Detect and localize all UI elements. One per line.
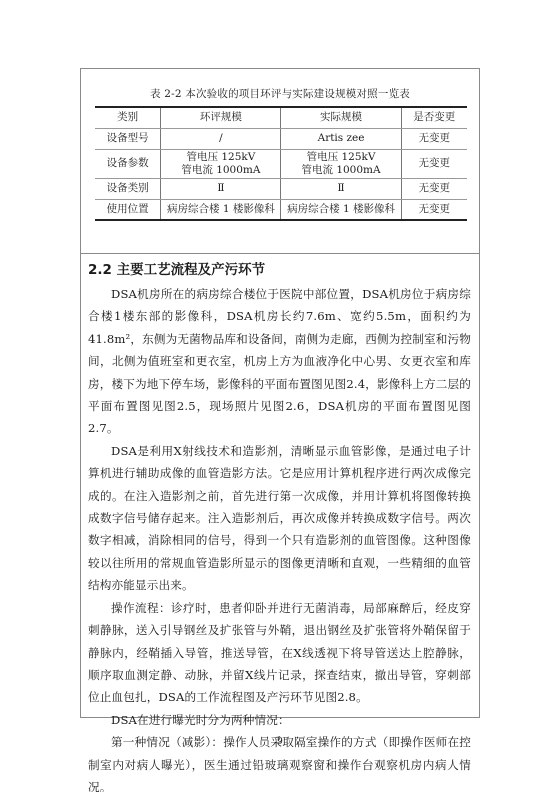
paragraph: 操作流程：诊疗时，患者仰卧并进行无菌消毒，局部麻醉后，经皮穿刺静脉，送入引导钢丝… [88, 597, 471, 709]
cell-eia: Ⅱ [161, 178, 281, 199]
cell-changed: 无变更 [401, 149, 467, 178]
table-row: 使用位置 病房综合楼 1 楼影像科 病房综合楼 1 楼影像科 无变更 [95, 199, 467, 220]
cell-eia: 管电压 125kV 管电流 1000mA [161, 149, 281, 178]
header-actual-scale: 实际规模 [281, 107, 401, 128]
cell-actual: 病房综合楼 1 楼影像科 [281, 199, 401, 220]
header-eia-scale: 环评规模 [161, 107, 281, 128]
comparison-table: 类别 环评规模 实际规模 是否变更 设备型号 / Artis zee 无变更 设… [95, 106, 467, 221]
header-changed: 是否变更 [401, 107, 467, 128]
cell-eia-line: 管电压 125kV [161, 151, 280, 164]
page-number: 9 [0, 737, 560, 747]
table-row: 设备型号 / Artis zee 无变更 [95, 128, 467, 149]
header-category: 类别 [95, 107, 161, 128]
cell-eia-line: 管电流 1000mA [161, 164, 280, 177]
cell-actual: Artis zee [281, 128, 401, 149]
table-caption: 表 2-2 本次验收的项目环评与实际建设规模对照一览表 [81, 86, 479, 101]
cell-actual: 管电压 125kV 管电流 1000mA [281, 149, 401, 178]
cell-changed: 无变更 [401, 128, 467, 149]
cell-eia: 病房综合楼 1 楼影像科 [161, 199, 281, 220]
cell-category: 设备类别 [95, 178, 161, 199]
cell-changed: 无变更 [401, 199, 467, 220]
content-frame: 表 2-2 本次验收的项目环评与实际建设规模对照一览表 类别 环评规模 实际规模… [80, 68, 480, 718]
cell-category: 设备型号 [95, 128, 161, 149]
process-section: 2.2 主要工艺流程及产污环节 DSA机房所在的病房综合楼位于医院中部位置，DS… [81, 255, 479, 792]
cell-category: 设备参数 [95, 149, 161, 178]
table-row: 设备类别 Ⅱ Ⅱ 无变更 [95, 178, 467, 199]
cell-actual: Ⅱ [281, 178, 401, 199]
cell-changed: 无变更 [401, 178, 467, 199]
cell-actual-line: 管电压 125kV [281, 151, 400, 164]
cell-category: 使用位置 [95, 199, 161, 220]
table-row: 设备参数 管电压 125kV 管电流 1000mA 管电压 125kV 管电流 … [95, 149, 467, 178]
paragraph: DSA机房所在的病房综合楼位于医院中部位置，DSA机房位于病房综合楼1楼东部的影… [88, 283, 471, 440]
paragraph: DSA在进行曝光时分为两种情况： [88, 709, 471, 731]
cell-actual-line: 管电流 1000mA [281, 164, 400, 177]
section-title: 2.2 主要工艺流程及产污环节 [88, 261, 471, 279]
table-header-row: 类别 环评规模 实际规模 是否变更 [95, 107, 467, 128]
section-divider [81, 253, 479, 254]
paragraph: DSA是利用X射线技术和造影剂，清晰显示血管影像，是通过电子计算机进行辅助成像的… [88, 440, 471, 597]
cell-eia: / [161, 128, 281, 149]
